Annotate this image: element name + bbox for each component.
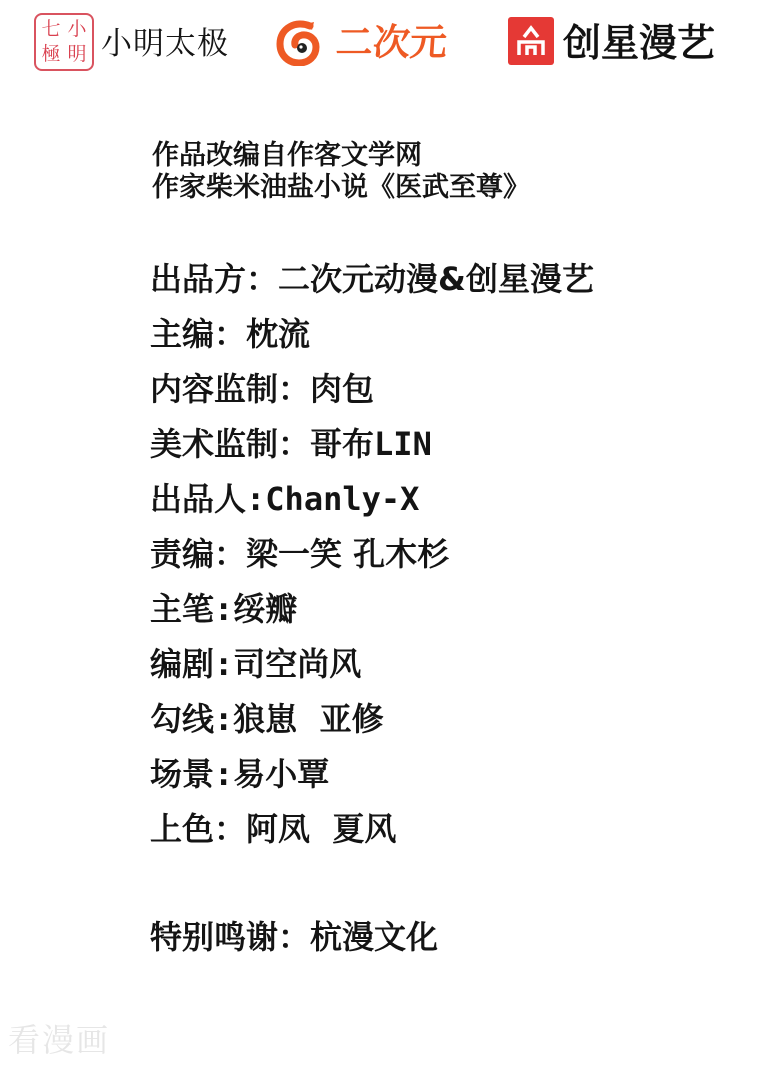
credits-list: 出品方：二次元动漫&创星漫艺 主编：枕流 内容监制：肉包 美术监制：哥布LIN … bbox=[150, 254, 594, 859]
credit-value: 二次元动漫&创星漫艺 bbox=[278, 260, 594, 298]
seal-char: 明 bbox=[67, 45, 86, 64]
credit-separator: ： bbox=[214, 535, 246, 573]
credit-row-backgrounds: 场景:易小覃 bbox=[150, 749, 594, 804]
credit-label: 美术监制 bbox=[150, 425, 278, 463]
credit-label: 场景 bbox=[150, 755, 214, 793]
credit-separator: ： bbox=[278, 425, 310, 463]
credit-label: 主编 bbox=[150, 315, 214, 353]
credit-separator: : bbox=[214, 645, 233, 683]
credit-row-chief-editor: 主编：枕流 bbox=[150, 309, 594, 364]
thanks-value: 杭漫文化 bbox=[310, 918, 438, 956]
credit-row-line-art: 勾线:狼崽 亚修 bbox=[150, 694, 594, 749]
chuangxing-logo-icon bbox=[508, 17, 554, 65]
credit-value: 司空尚风 bbox=[233, 645, 361, 683]
brand-xiaoming-taiji: 小明太极 bbox=[101, 24, 229, 64]
thanks-separator: ： bbox=[278, 918, 310, 956]
credit-label: 责编 bbox=[150, 535, 214, 573]
credit-row-coloring: 上色：阿凤 夏风 bbox=[150, 804, 594, 859]
credit-label: 出品人 bbox=[150, 480, 246, 518]
thanks-label: 特别鸣谢 bbox=[150, 918, 278, 956]
credit-row-responsible-editor: 责编：梁一笑 孔木杉 bbox=[150, 529, 594, 584]
credit-separator: ： bbox=[278, 370, 310, 408]
credit-row-producer: 出品方：二次元动漫&创星漫艺 bbox=[150, 254, 594, 309]
brand-eciyuan: 二次元 bbox=[334, 20, 448, 66]
brand-chuangxing-manyi: 创星漫艺 bbox=[563, 19, 715, 67]
special-thanks: 特别鸣谢：杭漫文化 bbox=[150, 912, 438, 962]
credit-label: 勾线 bbox=[150, 700, 214, 738]
eciyuan-swirl-icon bbox=[276, 20, 322, 66]
seal-char: 極 bbox=[41, 45, 60, 64]
credit-row-art-supervisor: 美术监制：哥布LIN bbox=[150, 419, 594, 474]
credit-value: 梁一笑 孔木杉 bbox=[246, 535, 449, 573]
credit-separator: ： bbox=[214, 315, 246, 353]
credit-row-publisher: 出品人:Chanly-X bbox=[150, 474, 594, 529]
credit-label: 出品方 bbox=[150, 260, 246, 298]
source-line-1: 作品改编自作客文学网 bbox=[152, 140, 530, 172]
credit-separator: : bbox=[214, 700, 233, 738]
credit-value: 易小覃 bbox=[233, 755, 329, 793]
credit-value: 肉包 bbox=[310, 370, 374, 408]
seal-char: 七 bbox=[41, 20, 60, 39]
credit-label: 内容监制 bbox=[150, 370, 278, 408]
source-line-2: 作家柴米油盐小说《医武至尊》 bbox=[152, 172, 530, 204]
credit-value: 哥布LIN bbox=[310, 425, 432, 463]
credit-label: 上色 bbox=[150, 810, 214, 848]
credit-value: 阿凤 夏风 bbox=[246, 810, 396, 848]
credit-separator: : bbox=[214, 755, 233, 793]
credit-separator: : bbox=[246, 480, 265, 518]
credit-row-content-supervisor: 内容监制：肉包 bbox=[150, 364, 594, 419]
credit-separator: ： bbox=[246, 260, 278, 298]
credit-value: 绥瓣 bbox=[233, 590, 297, 628]
credit-value: 狼崽 亚修 bbox=[233, 700, 383, 738]
credit-row-screenwriter: 编剧:司空尚风 bbox=[150, 639, 594, 694]
credit-label: 主笔 bbox=[150, 590, 214, 628]
credit-value: 枕流 bbox=[246, 315, 310, 353]
credit-separator: : bbox=[214, 590, 233, 628]
source-attribution: 作品改编自作客文学网 作家柴米油盐小说《医武至尊》 bbox=[152, 140, 530, 204]
credit-label: 编剧 bbox=[150, 645, 214, 683]
credit-separator: ： bbox=[214, 810, 246, 848]
seal-char: 小 bbox=[67, 20, 86, 39]
kanmanhua-watermark: 看漫画 bbox=[8, 1020, 110, 1060]
credit-row-lead-artist: 主笔:绥瓣 bbox=[150, 584, 594, 639]
credit-value: Chanly-X bbox=[265, 480, 419, 518]
logo-bar: 七 小 極 明 小明太极 二次元 创星漫艺 bbox=[0, 0, 760, 90]
xiaoming-seal-logo: 七 小 極 明 bbox=[34, 13, 94, 71]
